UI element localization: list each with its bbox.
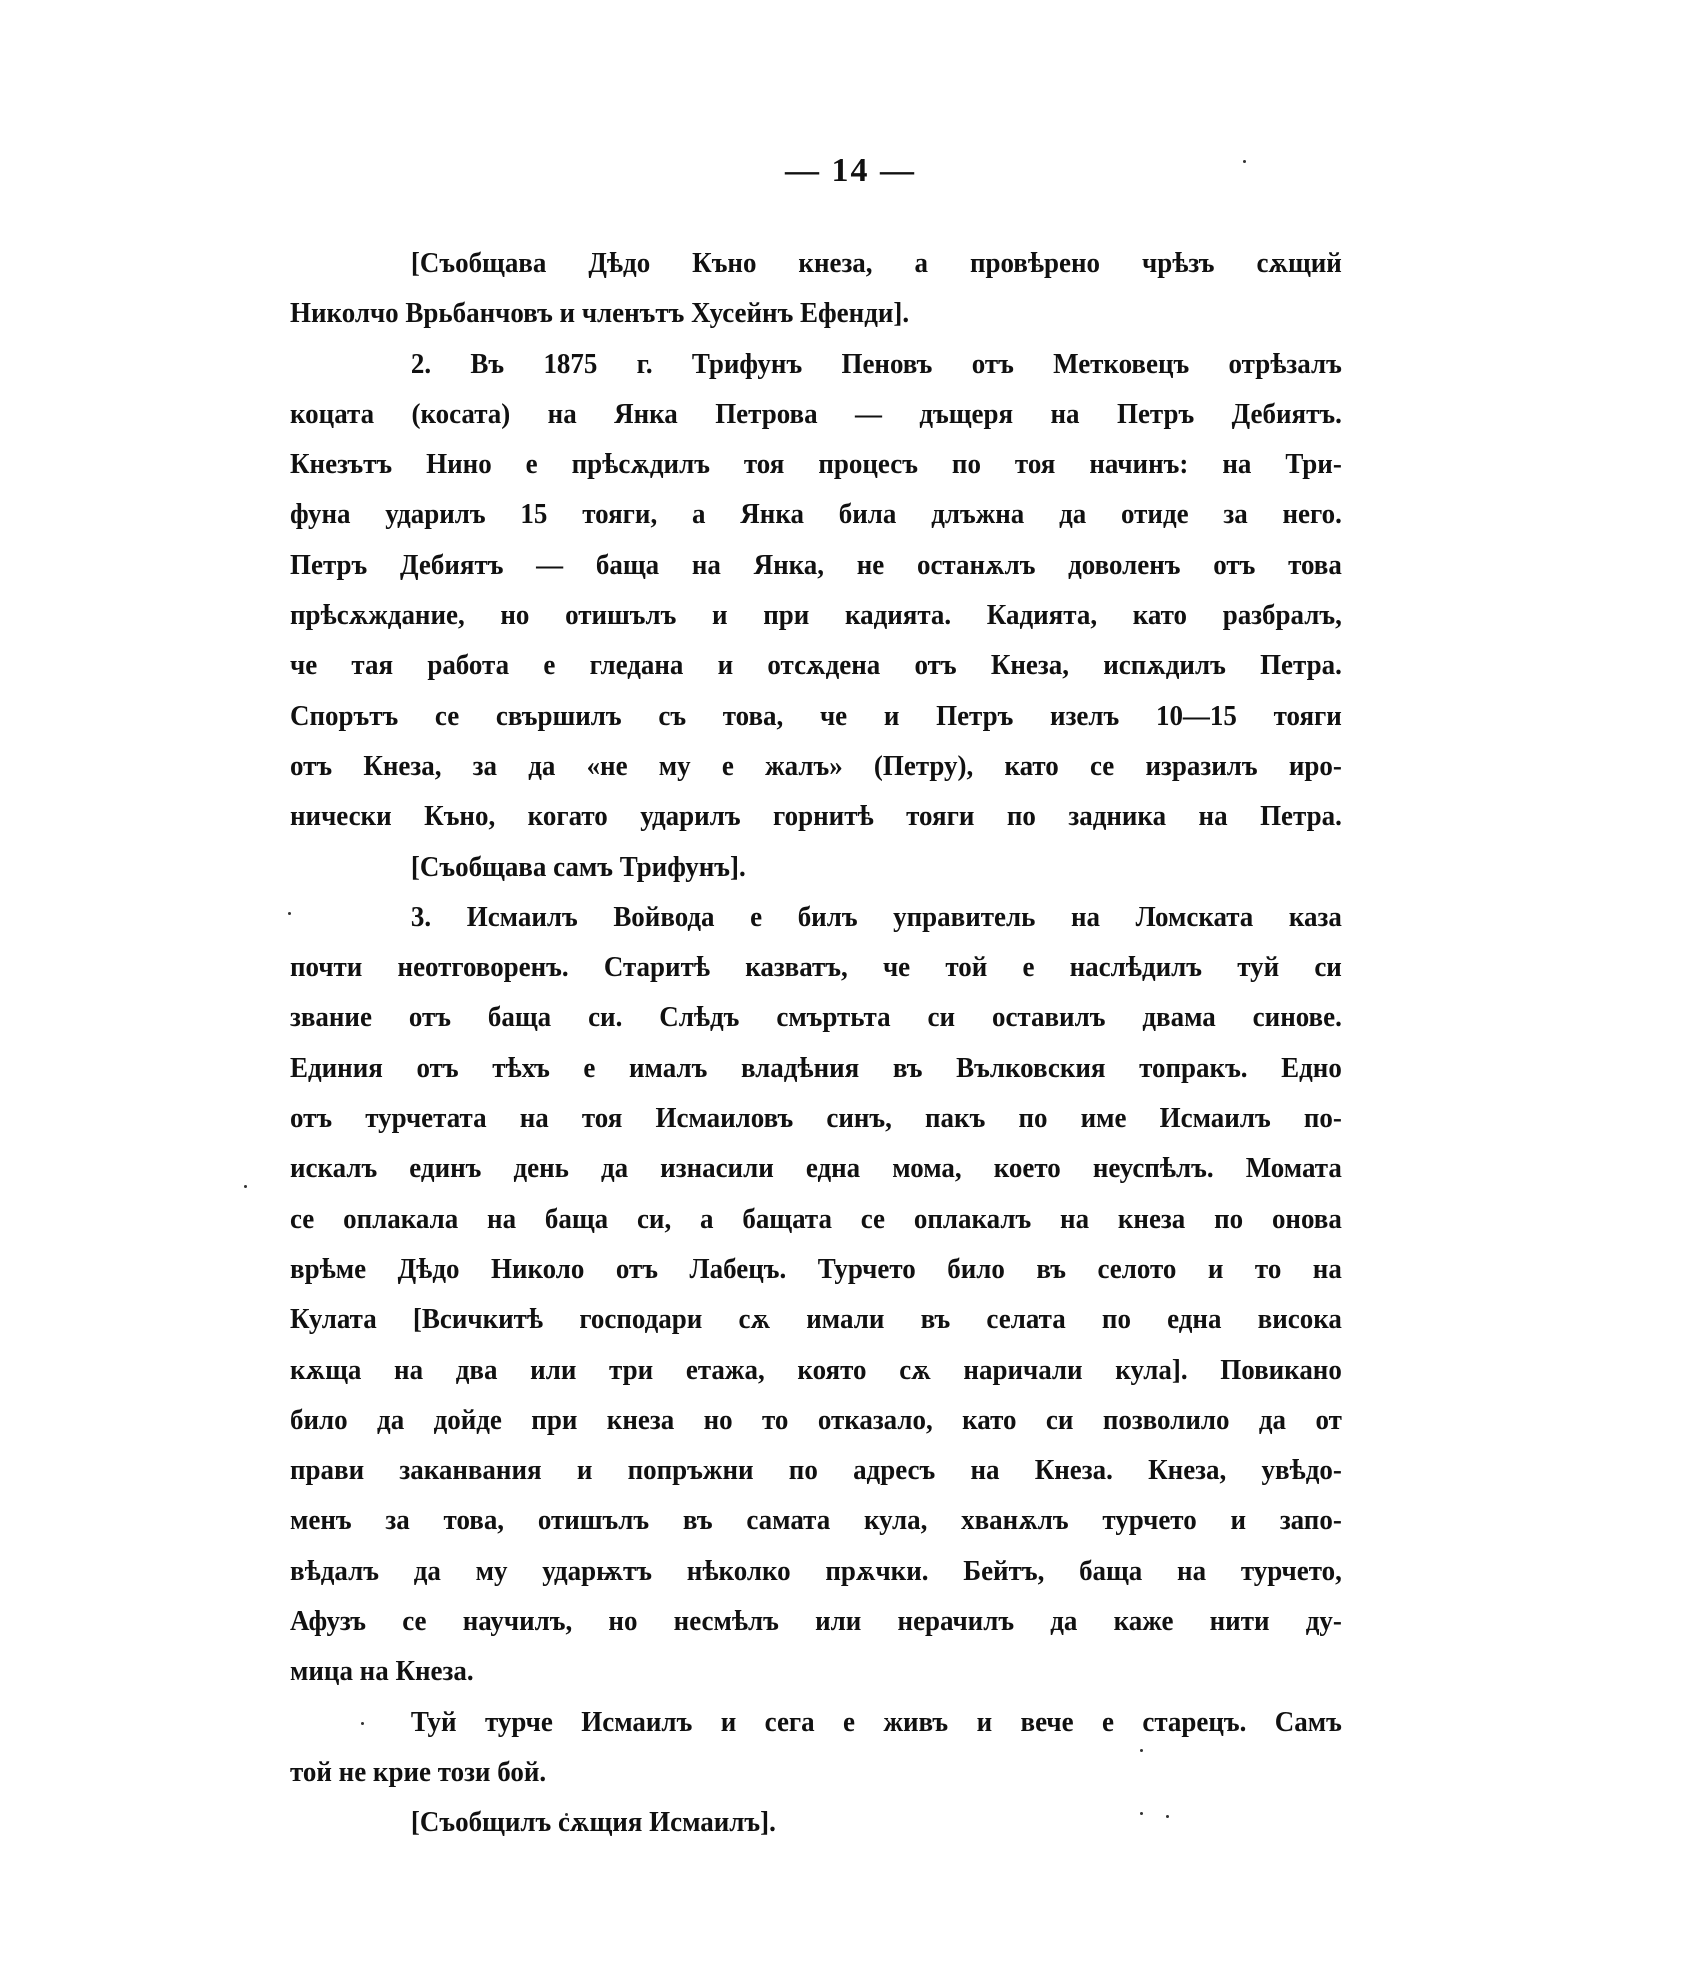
- text-line: че тая работа е гледана и отсѫдена отъ К…: [290, 640, 1342, 690]
- scan-speck: [565, 1813, 568, 1816]
- text-line: фуна ударилъ 15 тояги, а Янка била длъжн…: [290, 489, 1342, 539]
- book-page: — 14 — [Съобщава Дѣдо Къно кнеза, а пров…: [0, 0, 1701, 1973]
- text-line: Кнезътъ Нино е прѣсѫдилъ тоя процесъ по …: [290, 439, 1342, 489]
- scan-speck: [288, 912, 291, 915]
- text-line: почти неотговоренъ. Старитѣ казватъ, че …: [290, 942, 1342, 992]
- page-body-text: [Съобщава Дѣдо Къно кнеза, а провѣрено ч…: [290, 238, 1342, 1848]
- scan-speck: [1140, 1812, 1143, 1815]
- paragraph-first-line: [Съобщава самъ Трифунъ].: [290, 842, 1342, 892]
- scan-speck: [1166, 1815, 1169, 1818]
- scan-speck: [1243, 160, 1246, 163]
- paragraph-first-line: [Съобщилъ сѫщия Исмаилъ].: [290, 1797, 1342, 1847]
- text-line: било да дойде при кнеза но то отказало, …: [290, 1395, 1342, 1445]
- text-line: коцата (косата) на Янка Петрова — дъщеря…: [290, 389, 1342, 439]
- text-line: той не крие този бой.: [290, 1747, 1342, 1797]
- text-line: Николчо Врьбанчовъ и членътъ Хусейнъ Ефе…: [290, 288, 1342, 338]
- text-line: отъ турчетата на тоя Исмаиловъ синъ, пак…: [290, 1093, 1342, 1143]
- text-line: прави заканвания и попръжни по адресъ на…: [290, 1445, 1342, 1495]
- text-line: отъ Кнеза, за да «не му е жалъ» (Петру),…: [290, 741, 1342, 791]
- text-line: мица на Кнеза.: [290, 1646, 1342, 1696]
- text-line: се оплакала на баща си, а бащата се опла…: [290, 1194, 1342, 1244]
- text-line: прѣсѫждание, но отишълъ и при кадията. К…: [290, 590, 1342, 640]
- page-number: — 14 —: [0, 152, 1701, 190]
- text-line: Единия отъ тѣхъ е ималъ владѣния въ Вълк…: [290, 1043, 1342, 1093]
- text-line: звание отъ баща си. Слѣдъ смъртьта си ос…: [290, 992, 1342, 1042]
- text-line: нически Къно, когато ударилъ горнитѣ тоя…: [290, 791, 1342, 841]
- paragraph-first-line: 2. Въ 1875 г. Трифунъ Пеновъ отъ Меткове…: [290, 339, 1342, 389]
- text-line: менъ за това, отишълъ въ самата кула, хв…: [290, 1495, 1342, 1545]
- text-line: Афузъ се научилъ, но несмѣлъ или нерачил…: [290, 1596, 1342, 1646]
- scan-speck: [244, 1185, 247, 1188]
- paragraph-first-line: 3. Исмаилъ Войвода е билъ управитель на …: [290, 892, 1342, 942]
- text-line: вѣдалъ да му ударѭтъ нѣколко прѫчки. Бей…: [290, 1546, 1342, 1596]
- text-line: врѣме Дѣдо Николо отъ Лабецъ. Турчето би…: [290, 1244, 1342, 1294]
- paragraph-first-line: [Съобщава Дѣдо Къно кнеза, а провѣрено ч…: [290, 238, 1342, 288]
- text-line: Петръ Дебиятъ — баща на Янка, не останѫл…: [290, 540, 1342, 590]
- text-line: искалъ единъ день да изнасили една мома,…: [290, 1143, 1342, 1193]
- scan-speck: [361, 1722, 364, 1725]
- text-line: Кулата [Всичкитѣ господари сѫ имали въ с…: [290, 1294, 1342, 1344]
- paragraph-first-line: Туй турче Исмаилъ и сега е живъ и вече е…: [290, 1697, 1342, 1747]
- text-line: кѫща на два или три етажа, която сѫ нари…: [290, 1345, 1342, 1395]
- text-line: Спорътъ се свършилъ съ това, че и Петръ …: [290, 691, 1342, 741]
- scan-speck: [1140, 1749, 1143, 1752]
